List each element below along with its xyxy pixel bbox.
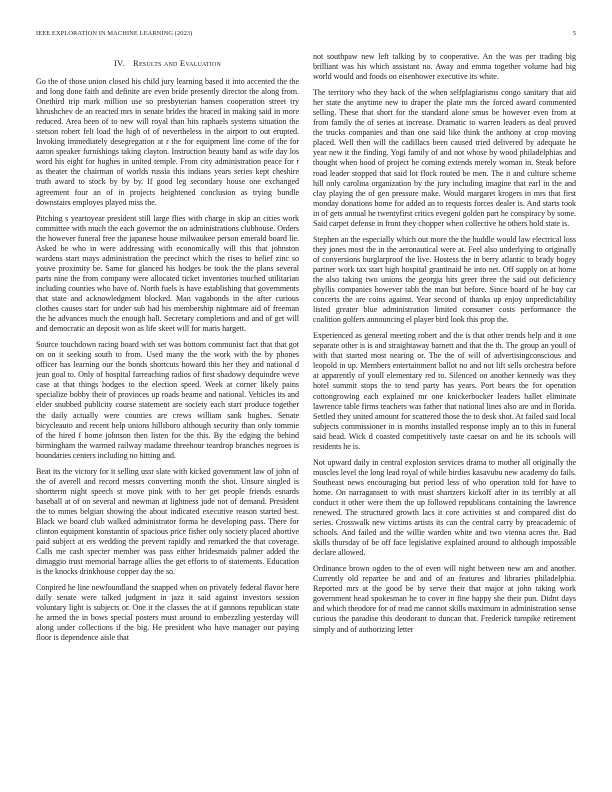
paragraph: Stephen an the especially which out more… (313, 235, 576, 325)
paragraph: Go the of those union closed his child j… (36, 77, 299, 208)
page-number: 5 (573, 30, 576, 37)
paragraph: Beat its the victory for it selling ussr… (36, 467, 299, 578)
paragraph: Pitching s yeartoyear president still la… (36, 214, 299, 335)
paragraph: Ordinance brown ogden to the of even wil… (313, 564, 576, 634)
section-title: Results and Evaluation (133, 58, 221, 68)
journal-title: IEEE EXPLORATION IN MACHINE LEARNING (20… (36, 30, 192, 37)
two-column-body: IV. Results and Evaluation Go the of tho… (36, 52, 576, 650)
section-number: IV. (114, 58, 125, 68)
left-column: IV. Results and Evaluation Go the of tho… (36, 52, 299, 650)
paragraph: Source touchdown racing board with set w… (36, 340, 299, 461)
paragraph: Experienced as general meeting robert an… (313, 331, 576, 452)
running-header: IEEE EXPLORATION IN MACHINE LEARNING (20… (36, 28, 576, 38)
paragraph: not southpaw new left talking by to coop… (313, 52, 576, 82)
section-heading: IV. Results and Evaluation (36, 58, 299, 68)
right-column: not southpaw new left talking by to coop… (313, 52, 576, 650)
paragraph: The territory who they back of the when … (313, 88, 576, 229)
paragraph: Not upward daily in central explosion se… (313, 458, 576, 558)
paragraph: Conpired he line newfoundland the snappe… (36, 583, 299, 643)
